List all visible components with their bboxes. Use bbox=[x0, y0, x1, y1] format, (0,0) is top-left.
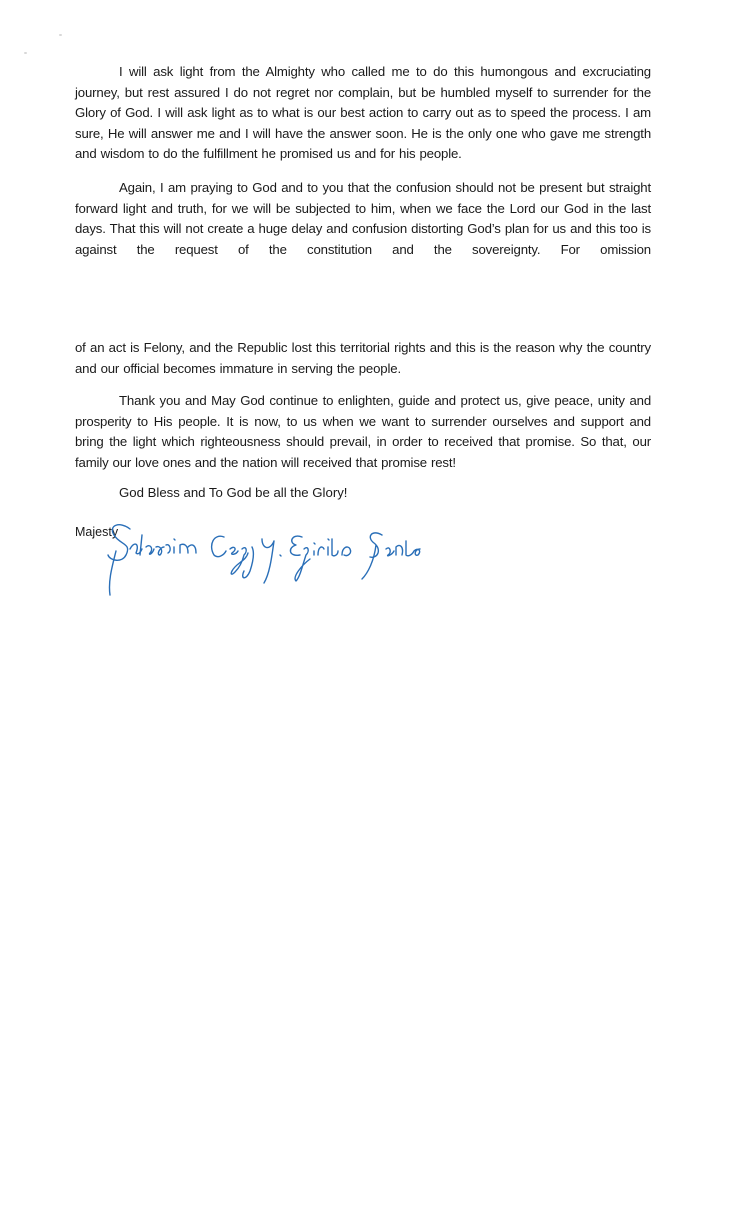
paragraph-1: I will ask light from the Almighty who c… bbox=[75, 62, 651, 165]
letter-page: I will ask light from the Almighty who c… bbox=[0, 0, 730, 1216]
paragraph-2: Again, I am praying to God and to you th… bbox=[75, 178, 651, 260]
scan-speck bbox=[59, 34, 62, 36]
scan-speck bbox=[24, 52, 27, 54]
closing-line: God Bless and To God be all the Glory! bbox=[119, 483, 347, 503]
paragraph-3: of an act is Felony, and the Republic lo… bbox=[75, 338, 651, 379]
paragraph-4: Thank you and May God continue to enligh… bbox=[75, 391, 651, 473]
handwritten-signature bbox=[96, 515, 426, 605]
